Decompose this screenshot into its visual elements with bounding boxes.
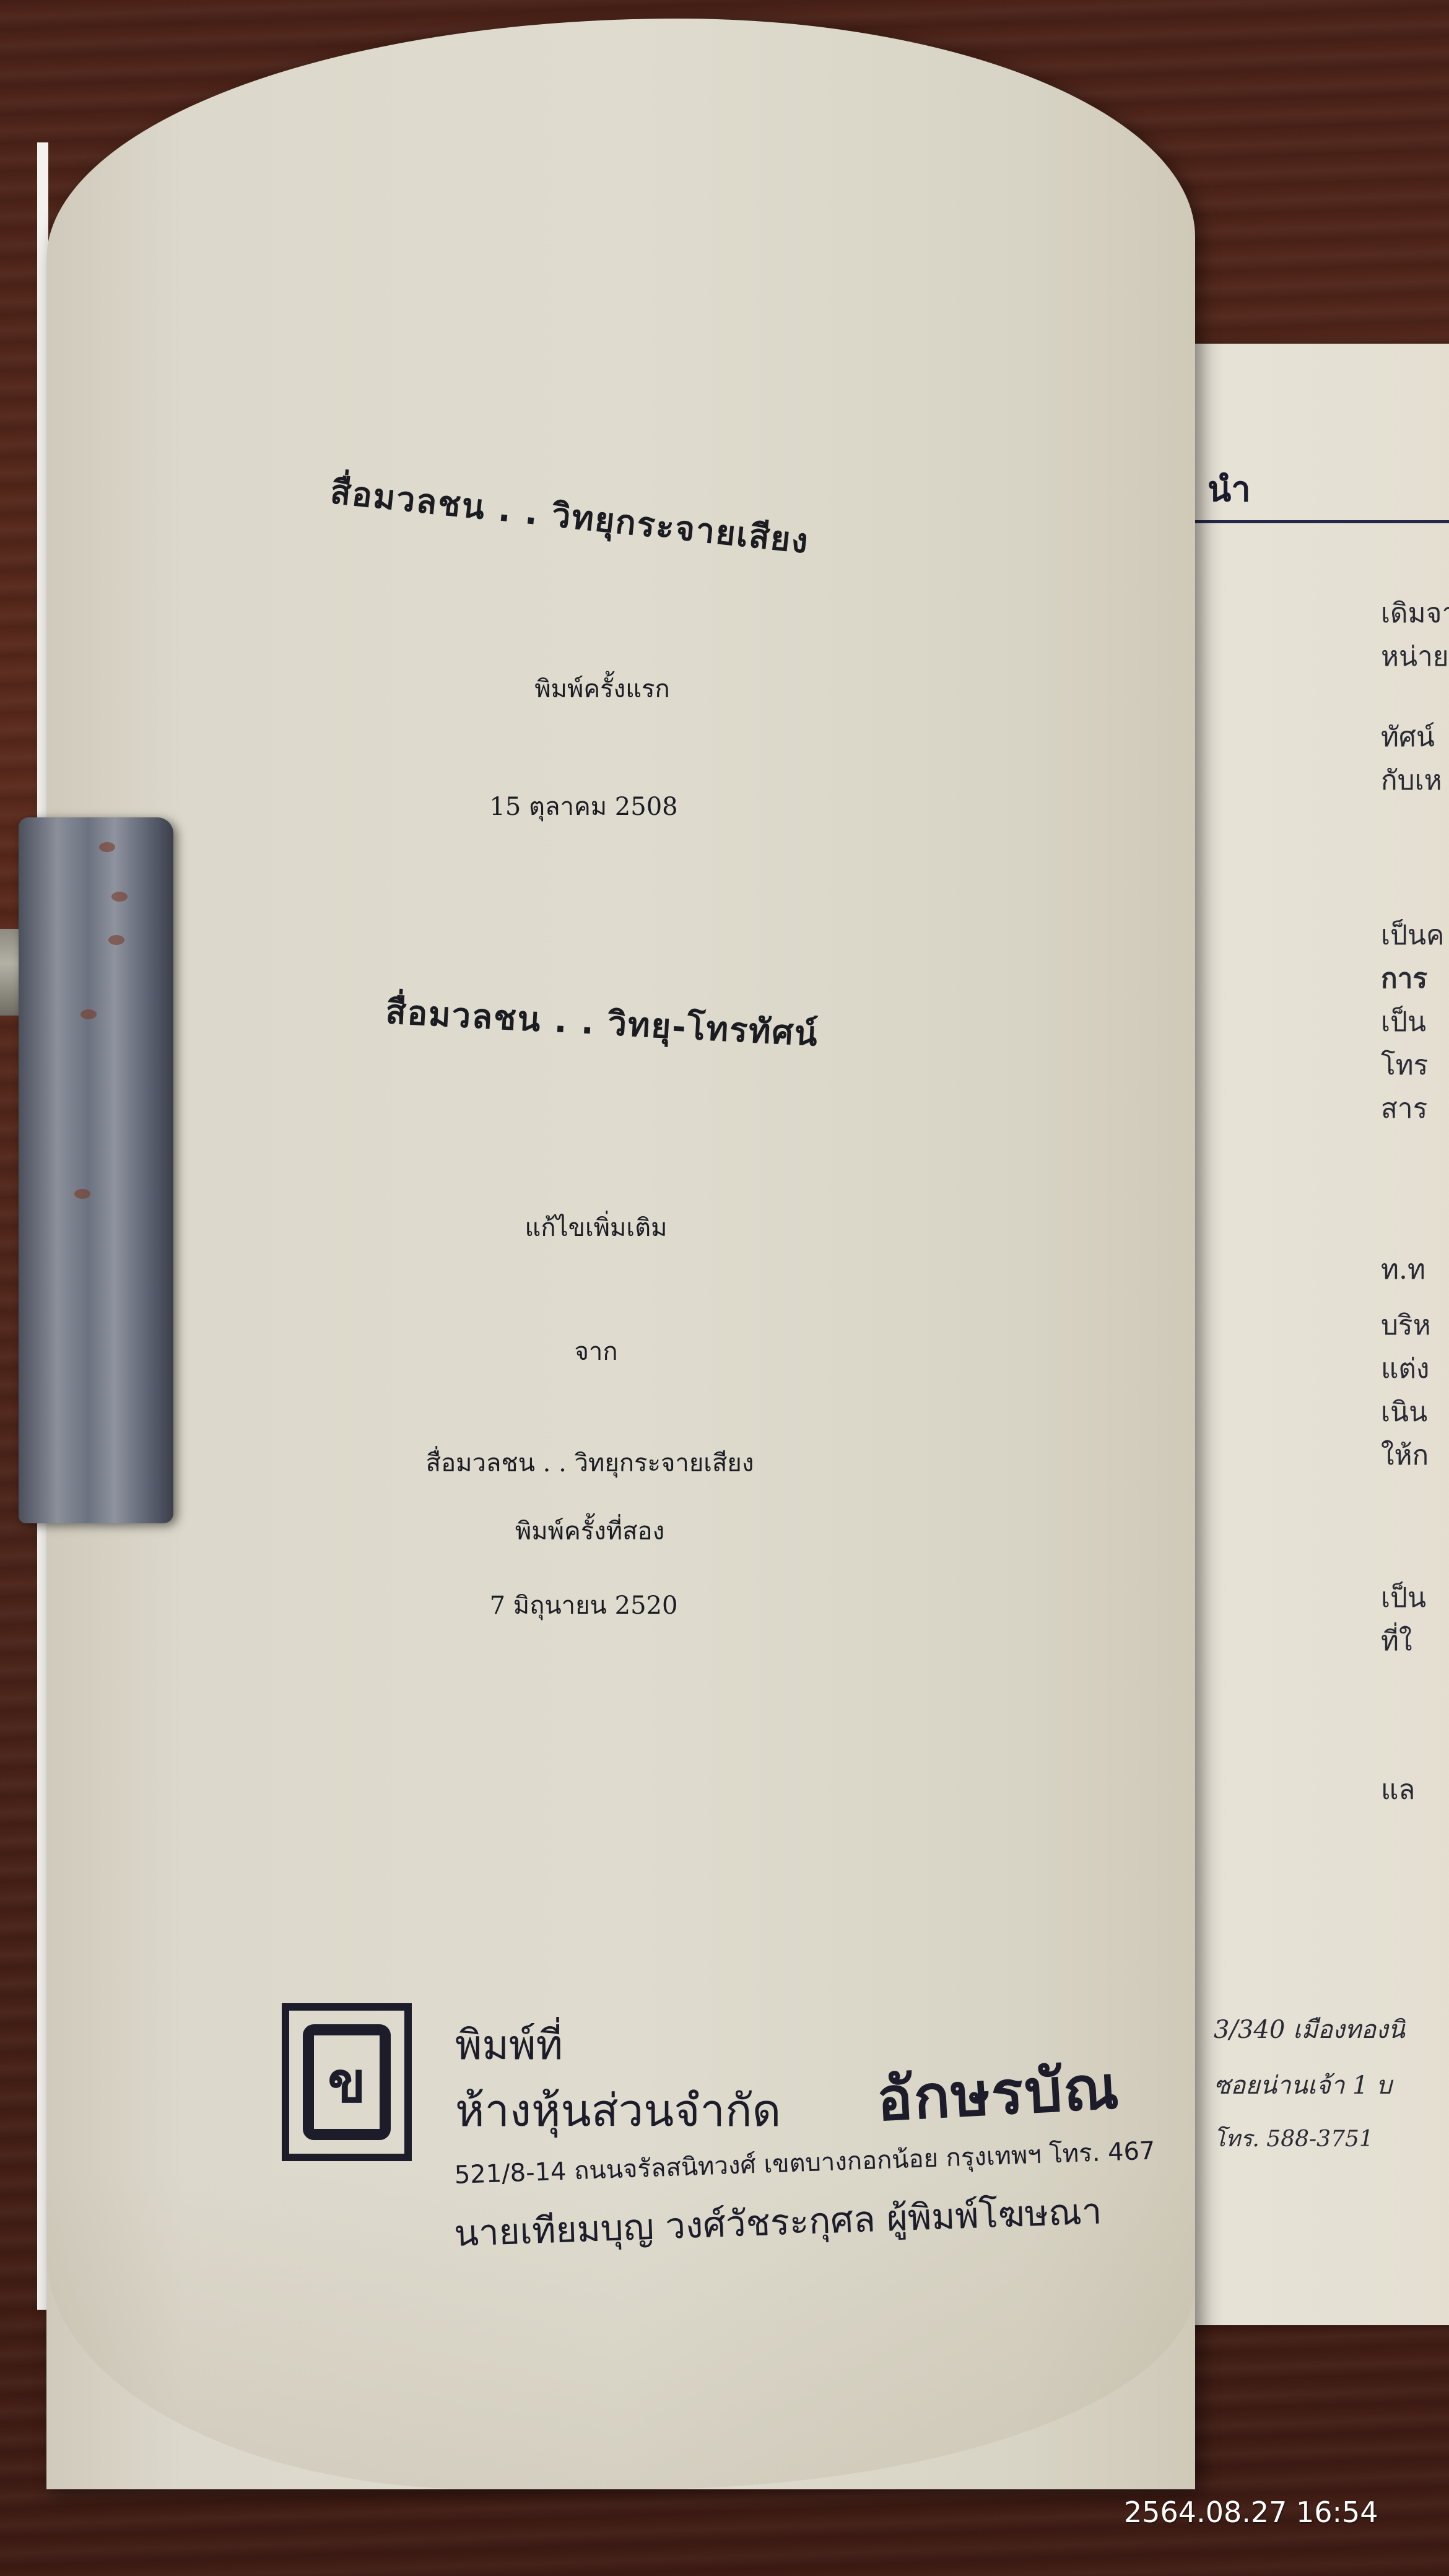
first-edition-label: พิมพ์ครั้งแรก [28, 669, 1177, 708]
printer-company-name: อักษรบัณ [874, 2040, 1122, 2147]
revised-title-wrap: สื่อมวลชน . . วิทยุ-โทรทัศน์ [28, 985, 1177, 1038]
binder-clip [19, 817, 173, 1523]
revised-title: สื่อมวลชน . . วิทยุ-โทรทัศน์ [384, 985, 819, 1061]
rust-spot [108, 935, 124, 945]
from-label: จาก [22, 1331, 1170, 1371]
right-text-line: เป็นค [1381, 913, 1444, 957]
printer-company-type: ห้างหุ้นส่วนจำกัด [455, 2074, 781, 2146]
rust-spot [80, 1009, 97, 1019]
rust-spot [74, 1189, 90, 1199]
photo-timestamp: 2564.08.27 16:54 [1124, 2495, 1378, 2529]
right-address-line: ซอยน่านเจ้า 1 บ [1214, 2065, 1392, 2105]
printer-logo-glyph: ข [303, 2024, 391, 2140]
right-text-line: กับเห [1381, 759, 1442, 802]
right-text-line: หน่าย [1381, 635, 1449, 678]
right-text-line: ให้ก [1381, 1434, 1429, 1477]
right-text-line: ที่ใ [1381, 1619, 1412, 1663]
first-edition-title: สื่อมวลชน . . วิทยุกระจายเสียง [328, 464, 812, 568]
right-text-line: แล [1381, 1768, 1415, 1811]
printer-logo: ข [282, 2003, 412, 2161]
rust-spot [111, 892, 128, 902]
right-text-line: บริห [1381, 1303, 1431, 1347]
printed-at-label: พิมพ์ที่ [455, 2012, 563, 2078]
first-edition-date: 15 ตุลาคม 2508 [9, 786, 1158, 826]
right-text-line: เดิมจา [1381, 591, 1449, 635]
right-page: นำ เดิมจา หน่าย ทัศน์ กับเห เป็นค การ เป… [1164, 344, 1449, 2325]
right-address-line: โทร. 588-3751 [1214, 2121, 1373, 2156]
heading-rule [1164, 520, 1449, 523]
right-text-line: ท.ท [1381, 1248, 1425, 1291]
right-text-line: เนิน [1381, 1390, 1427, 1434]
right-page-heading: นำ [1207, 461, 1251, 516]
right-text-line: ทัศน์ [1381, 715, 1435, 759]
right-text-line: โทร [1381, 1043, 1428, 1087]
rust-spot [99, 842, 115, 852]
revised-label: แก้ไขเพิ่มเติม [22, 1207, 1170, 1247]
second-edition-label: พิมพ์ครั้งที่สอง [15, 1511, 1164, 1551]
right-text-line: การ [1381, 957, 1427, 1000]
first-edition-title-wrap: สื่อมวลชน . . วิทยุกระจายเสียง [0, 464, 1146, 518]
right-address-line: 3/340 เมืองทองนิ [1214, 2009, 1405, 2049]
second-edition-date: 7 มิถุนายน 2520 [9, 1585, 1158, 1625]
right-text-line: แต่ง [1381, 1347, 1429, 1390]
right-text-line: เป็น [1381, 1000, 1426, 1043]
source-title: สื่อมวลชน . . วิทยุกระจายเสียง [15, 1443, 1164, 1482]
right-text-line: เป็น [1381, 1576, 1426, 1619]
right-text-line: สาร [1381, 1087, 1427, 1130]
